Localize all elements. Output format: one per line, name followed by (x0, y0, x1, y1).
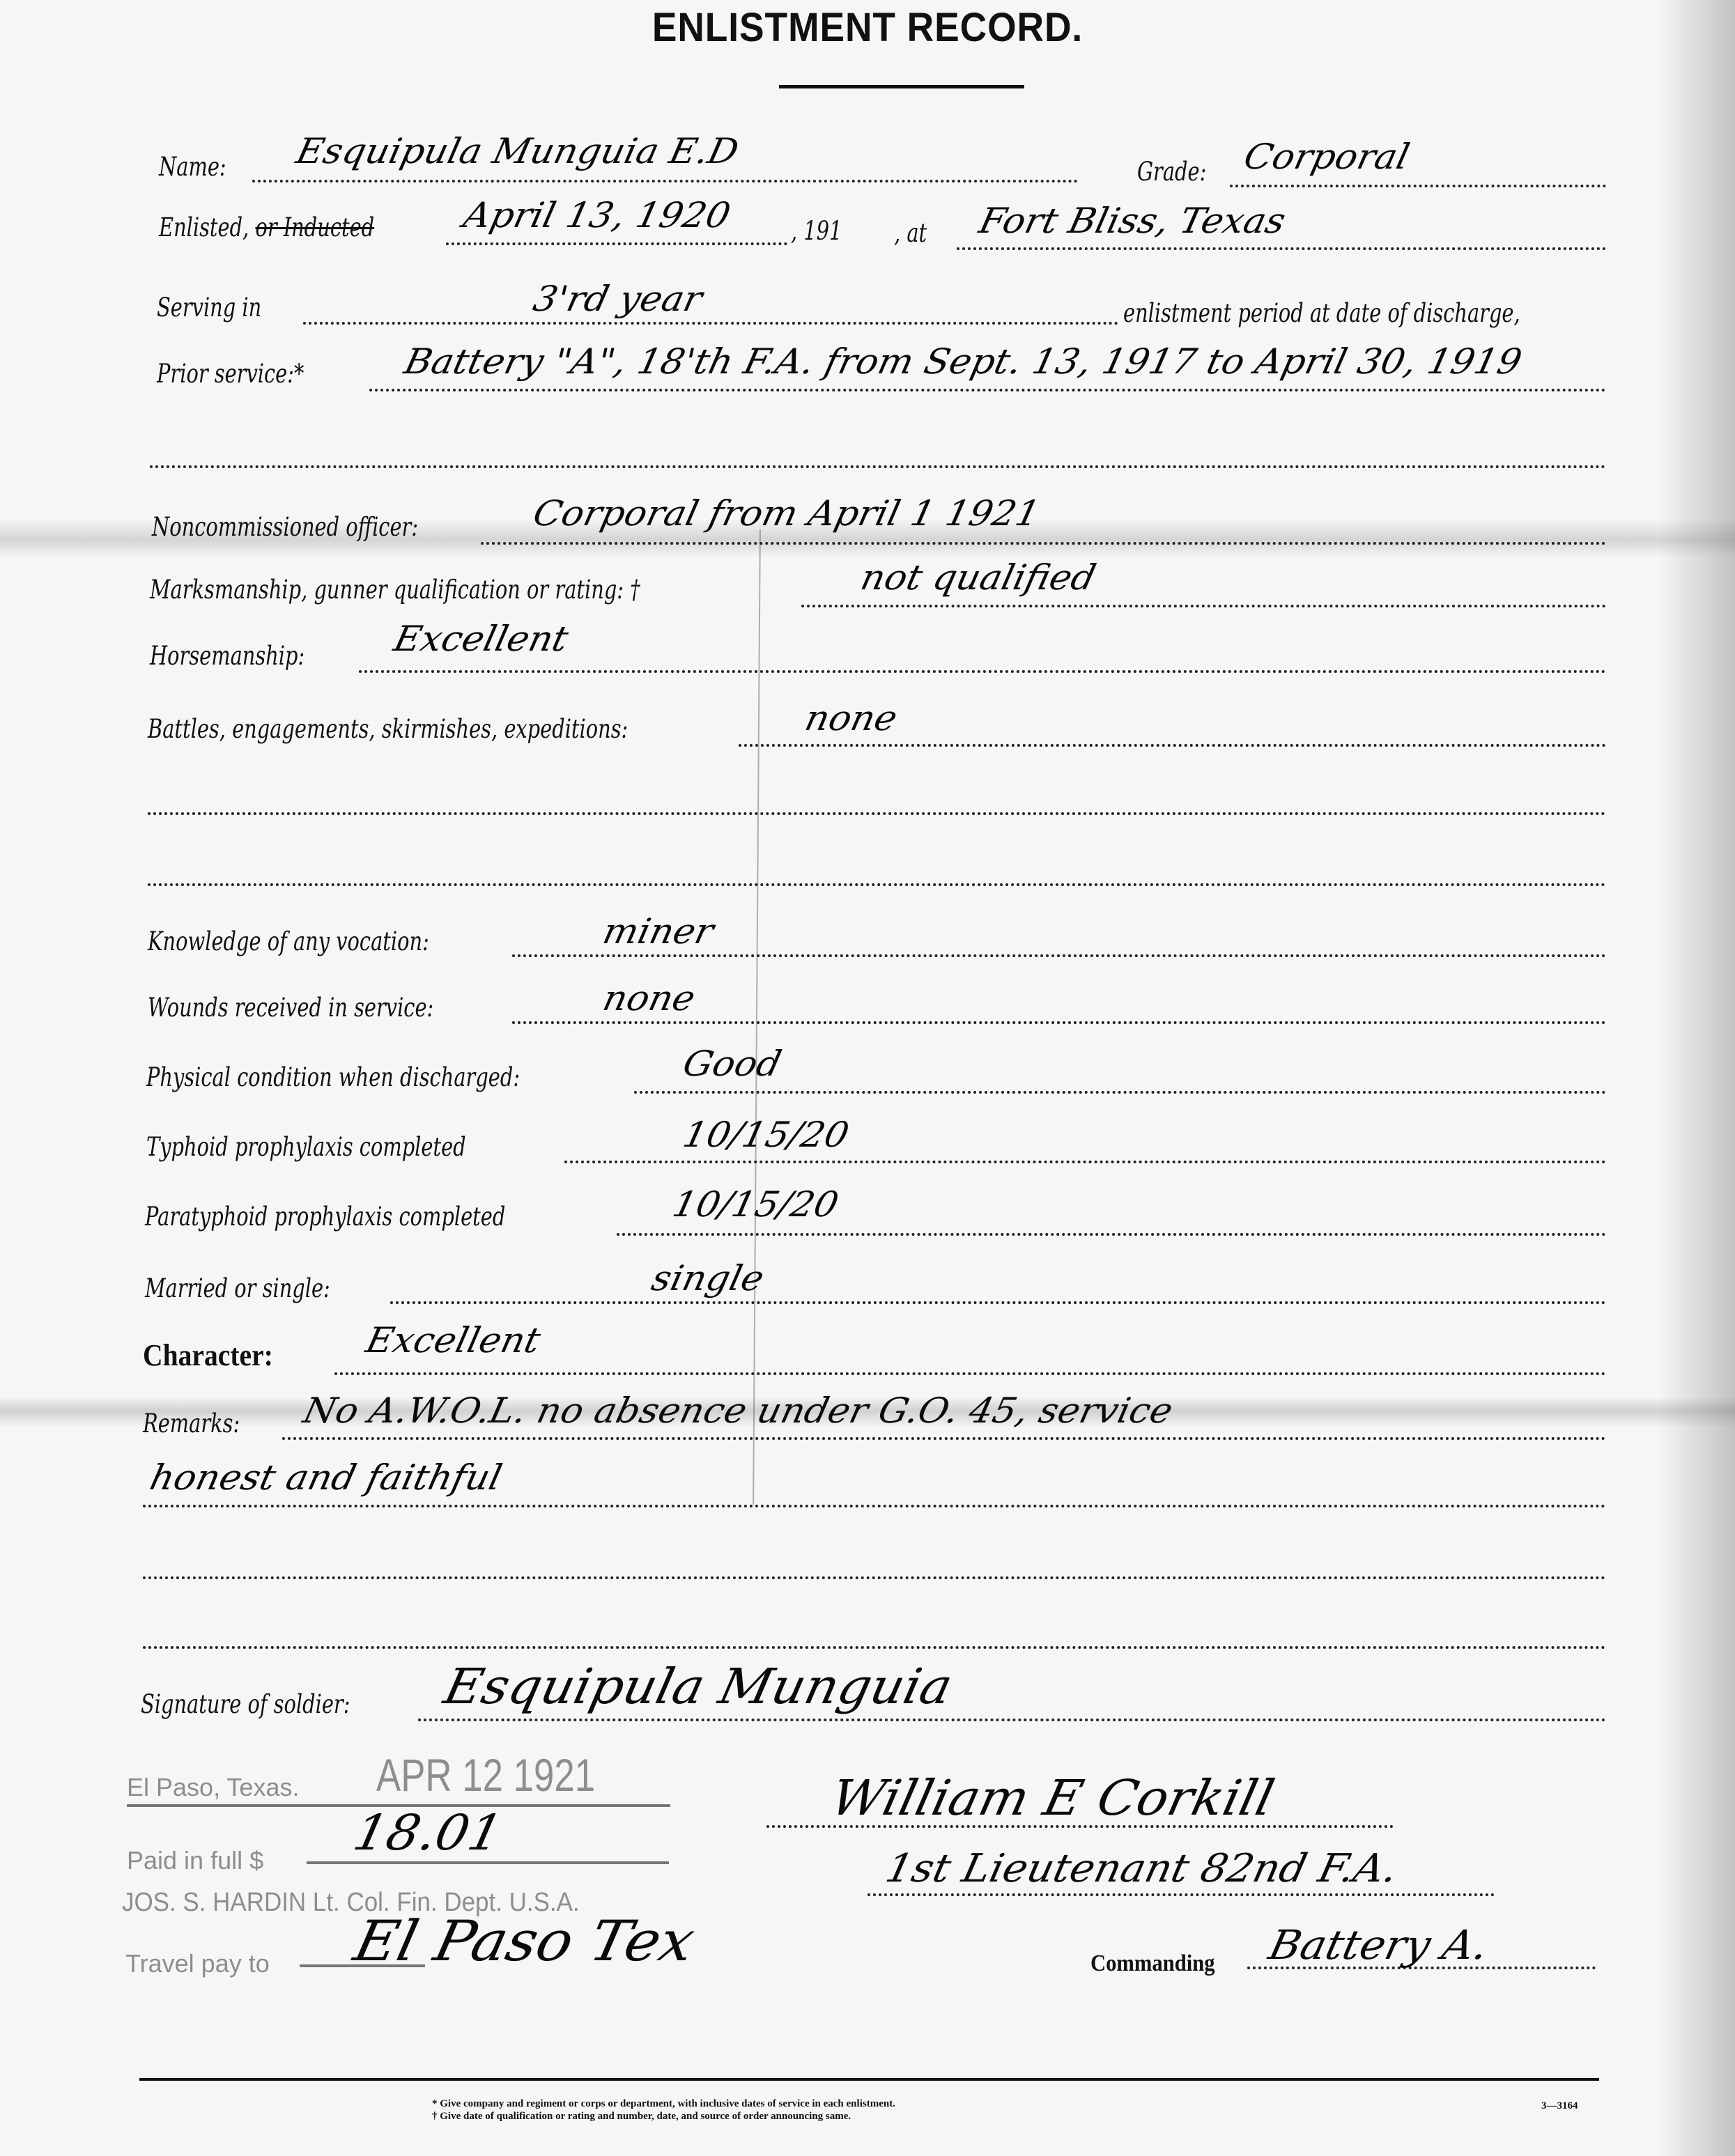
commander-rank-line (867, 1893, 1495, 1896)
enlisted-place-line (957, 247, 1606, 250)
footnote-dagger: † Give date of qualification or rating a… (432, 2111, 851, 2123)
typhoid-value: 10/15/20 (679, 1115, 853, 1155)
stamp-paid-amount: 18.01 (348, 1804, 508, 1861)
enlisted-date-line (446, 242, 787, 245)
horsemanship-value: Excellent (390, 619, 572, 659)
commander-signature-line (766, 1825, 1394, 1828)
character-value: Excellent (362, 1320, 544, 1360)
inducted-struck-label: or Inducted (255, 212, 374, 242)
enlisted-date-value: April 13, 1920 (460, 195, 734, 235)
stamp-date: APR 12 1921 (376, 1748, 595, 1801)
signature-line (418, 1719, 1606, 1721)
marksmanship-value: not qualified (857, 557, 1100, 598)
document-title: ENLISTMENT RECORD. (70, 4, 1666, 51)
name-line (252, 180, 1078, 183)
paratyphoid-line (617, 1233, 1606, 1236)
stamp-paid-line (307, 1861, 669, 1864)
soldier-signature: Esquipula Munguia (439, 1658, 957, 1715)
marksmanship-line (801, 605, 1606, 607)
footer-rule (139, 2078, 1599, 2081)
remarks-value-line1: No A.W.O.L. no absence under G.O. 45, se… (300, 1390, 1177, 1431)
physical-line (634, 1091, 1606, 1094)
form-number: 3—3164 (1541, 2100, 1578, 2112)
physical-value: Good (679, 1044, 785, 1084)
battles-value: none (801, 698, 901, 738)
character-line (334, 1372, 1606, 1375)
wounds-line (512, 1021, 1606, 1024)
prior-service-line-2 (150, 465, 1606, 468)
vocation-value: miner (599, 911, 718, 952)
battles-line-2 (148, 812, 1606, 815)
commander-rank: 1st Lieutenant 82nd F.A. (881, 1846, 1402, 1891)
remarks-line-2 (143, 1505, 1606, 1507)
signature-label: Signature of soldier: (141, 1689, 350, 2156)
remarks-line-3 (143, 1576, 1606, 1579)
married-line (390, 1301, 1606, 1304)
wounds-value: none (599, 978, 699, 1018)
horsemanship-line (359, 670, 1606, 673)
commanding-label: Commanding (1090, 1951, 1215, 2156)
grade-line (1230, 185, 1606, 187)
stamp-city: El Paso, Texas. (127, 1773, 299, 1802)
serving-line (303, 322, 1118, 325)
commander-signature: William E Corkill (826, 1769, 1279, 1827)
battles-line-3 (148, 883, 1606, 886)
enlisted-label-text: Enlisted, (159, 212, 249, 242)
footnote-star: * Give company and regiment or corps or … (432, 2098, 895, 2110)
stamp-travel-label: Travel pay to (125, 1949, 270, 1978)
enlisted-place-value: Fort Bliss, Texas (976, 201, 1289, 241)
stamp-travel-value: El Paso Tex (348, 1909, 700, 1973)
name-value: Esquipula Munguia E.D (293, 131, 742, 171)
remarks-value-line2: honest and faithful (146, 1457, 506, 1498)
nco-line (481, 542, 1606, 545)
prior-service-line (369, 389, 1606, 391)
vocation-line (512, 954, 1606, 957)
commanding-unit: Battery A. (1265, 1921, 1493, 1969)
nco-value: Corporal from April 1 1921 (530, 493, 1044, 534)
typhoid-line (564, 1161, 1606, 1163)
battles-line (739, 744, 1606, 747)
title-underline (779, 85, 1024, 88)
prior-service-value: Battery "A", 18'th F.A. from Sept. 13, 1… (401, 341, 1525, 382)
grade-value: Corporal (1240, 137, 1413, 177)
paratyphoid-value: 10/15/20 (669, 1184, 842, 1225)
married-value: single (648, 1258, 768, 1298)
stamp-paid-label: Paid in full $ (127, 1846, 263, 1875)
serving-value: 3'rd year (530, 279, 706, 319)
remarks-line (282, 1437, 1606, 1440)
remarks-line-4 (143, 1646, 1606, 1649)
